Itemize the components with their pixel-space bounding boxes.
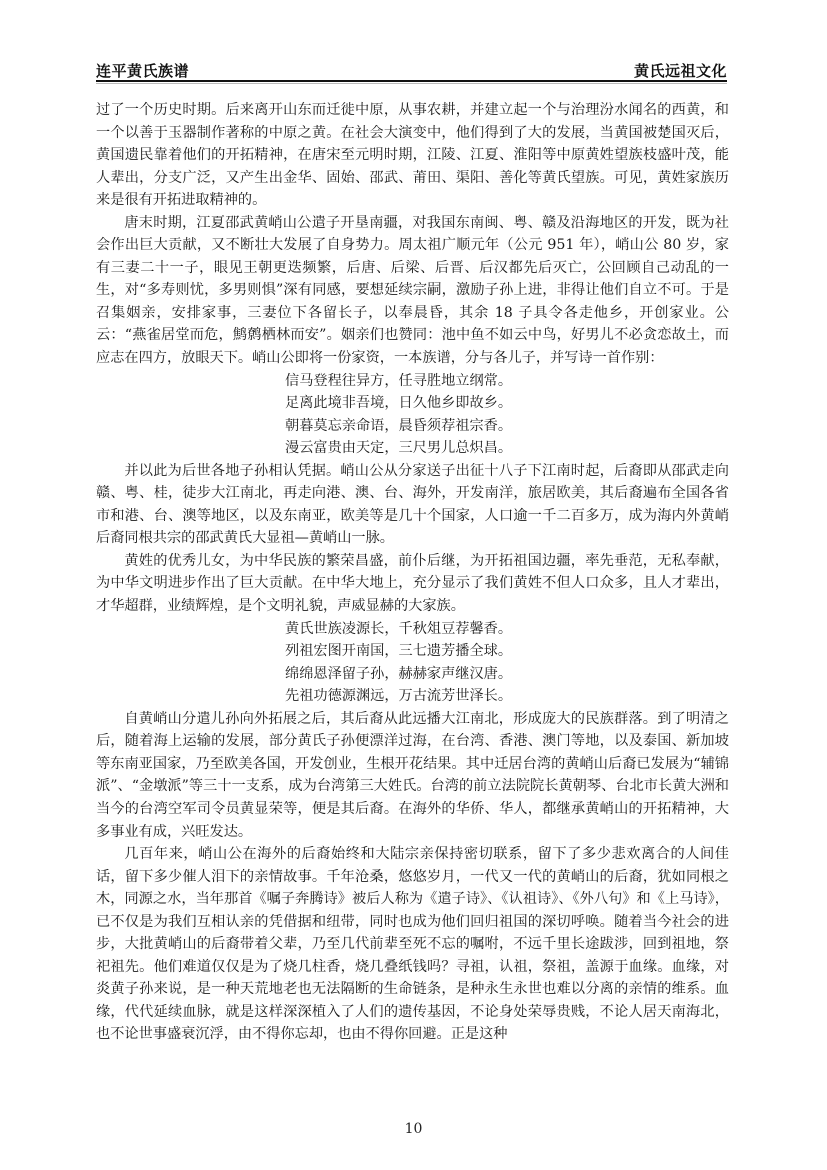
header-rule <box>96 83 727 84</box>
poem-line: 信马登程往异方，任寻胜地立纲常。 <box>96 370 729 393</box>
document-body: 过了一个历史时期。后来离开山东而迁徙中原，从事农耕，并建立起一个与治理汾水闻名的… <box>96 99 729 1046</box>
running-header: 连平黄氏族谱 黄氏远祖文化 <box>96 62 727 82</box>
page-number: 10 <box>0 1121 827 1137</box>
poem-line: 漫云富贵由天定，三尺男儿总炽昌。 <box>96 437 729 460</box>
paragraph: 几百年来，峭山公在海外的后裔始终和大陆宗亲保持密切联系，留下了多少悲欢离合的人间… <box>96 843 729 1046</box>
poem-line: 绵绵恩泽留子孙，赫赫家声继汉唐。 <box>96 663 729 686</box>
poem-line: 足离此境非吾境，日久他乡即故乡。 <box>96 392 729 415</box>
poem-line: 朝暮莫忘亲命语，晨昏须荐祖宗香。 <box>96 415 729 438</box>
paragraph: 唐末时期，江夏邵武黄峭山公遣子开垦南疆，对我国东南闽、粤、赣及沿海地区的开发，既… <box>96 212 729 370</box>
header-book-title: 连平黄氏族谱 <box>96 63 189 80</box>
poem-line: 黄氏世族凌源长，千秋俎豆荐馨香。 <box>96 618 729 641</box>
poem-farewell: 信马登程往异方，任寻胜地立纲常。 足离此境非吾境，日久他乡即故乡。 朝暮莫忘亲命… <box>96 370 729 460</box>
paragraph: 黄姓的优秀儿女，为中华民族的繁荣昌盛，前仆后继，为开拓祖国边疆，率先垂范，无私奉… <box>96 550 729 618</box>
paragraph: 并以此为后世各地子孙相认凭据。峭山公从分家送子出征十八子下江南时起，后裔即从邵武… <box>96 460 729 550</box>
poem-clan: 黄氏世族凌源长，千秋俎豆荐馨香。 列祖宏图开南国，三七遗芳播全球。 绵绵恩泽留子… <box>96 618 729 708</box>
poem-line: 先祖功德源渊远，万古流芳世泽长。 <box>96 685 729 708</box>
paragraph: 自黄峭山分遣儿孙向外拓展之后，其后裔从此远播大江南北，形成庞大的民族群落。到了明… <box>96 708 729 843</box>
header-chapter-title: 黄氏远祖文化 <box>634 63 727 80</box>
paragraph: 过了一个历史时期。后来离开山东而迁徙中原，从事农耕，并建立起一个与治理汾水闻名的… <box>96 99 729 212</box>
poem-line: 列祖宏图开南国，三七遗芳播全球。 <box>96 640 729 663</box>
